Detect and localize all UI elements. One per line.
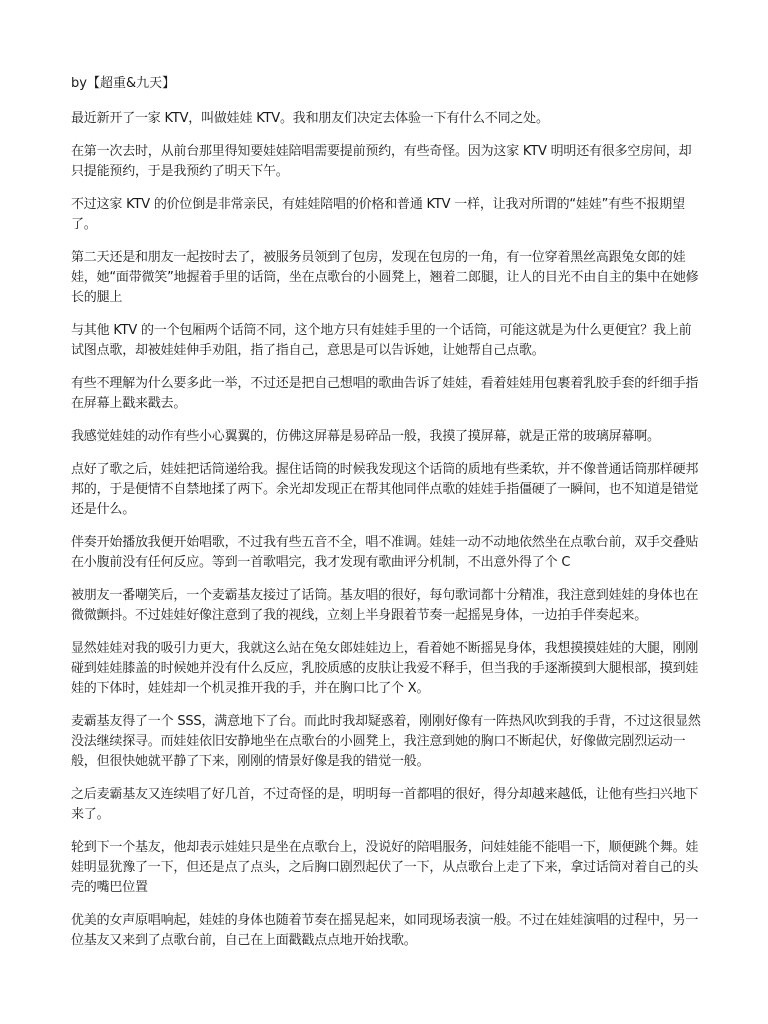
paragraph: 最近新开了一家 KTV，叫做娃娃 KTV。我和朋友们决定去体验一下有什么不同之处… (71, 109, 701, 129)
author-byline: by【超重&九天】 (71, 74, 701, 94)
paragraph: 伴奏开始播放我便开始唱歌，不过我有些五音不全，唱不准调。娃娃一动不动地依然坐在点… (71, 533, 701, 573)
document-body: by【超重&九天】 最近新开了一家 KTV，叫做娃娃 KTV。我和朋友们决定去体… (71, 74, 701, 964)
paragraph: 被朋友一番嘲笑后，一个麦霸基友接过了话筒。基友唱的很好，每句歌词都十分精准，我注… (71, 586, 701, 626)
paragraph: 第二天还是和朋友一起按时去了，被服务员领到了包房，发现在包房的一角，有一位穿着黑… (71, 248, 701, 308)
paragraph: 点好了歌之后，娃娃把话筒递给我。握住话筒的时候我发现这个话筒的质地有些柔软，并不… (71, 460, 701, 520)
paragraph: 与其他 KTV 的一个包厢两个话筒不同，这个地方只有娃娃手里的一个话筒，可能这就… (71, 321, 701, 361)
paragraph: 我感觉娃娃的动作有些小心翼翼的，仿佛这屏幕是易碎品一般，我摸了摸屏幕，就是正常的… (71, 427, 701, 447)
paragraph: 优美的女声原唱响起，娃娃的身体也随着节奏在摇晃起来，如同现场表演一般。不过在娃娃… (71, 911, 701, 951)
paragraph: 之后麦霸基友又连续唱了好几首，不过奇怪的是，明明每一首都唱的很好，得分却越来越低… (71, 785, 701, 825)
paragraph: 显然娃娃对我的吸引力更大，我就这么站在兔女郎娃娃边上，看着她不断摇晃身体，我想摸… (71, 639, 701, 699)
paragraph: 麦霸基友得了一个 SSS，满意地下了台。而此时我却疑惑着，刚刚好像有一阵热风吹到… (71, 712, 701, 772)
paragraph: 轮到下一个基友，他却表示娃娃只是坐在点歌台上，没说好的陪唱服务，问娃娃能不能唱一… (71, 838, 701, 898)
paragraph: 不过这家 KTV 的价位倒是非常亲民，有娃娃陪唱的价格和普通 KTV 一样，让我… (71, 195, 701, 235)
paragraph: 在第一次去时，从前台那里得知要娃娃陪唱需要提前预约，有些奇怪。因为这家 KTV … (71, 142, 701, 182)
paragraph: 有些不理解为什么要多此一举，不过还是把自己想唱的歌曲告诉了娃娃，看着娃娃用包裹着… (71, 374, 701, 414)
